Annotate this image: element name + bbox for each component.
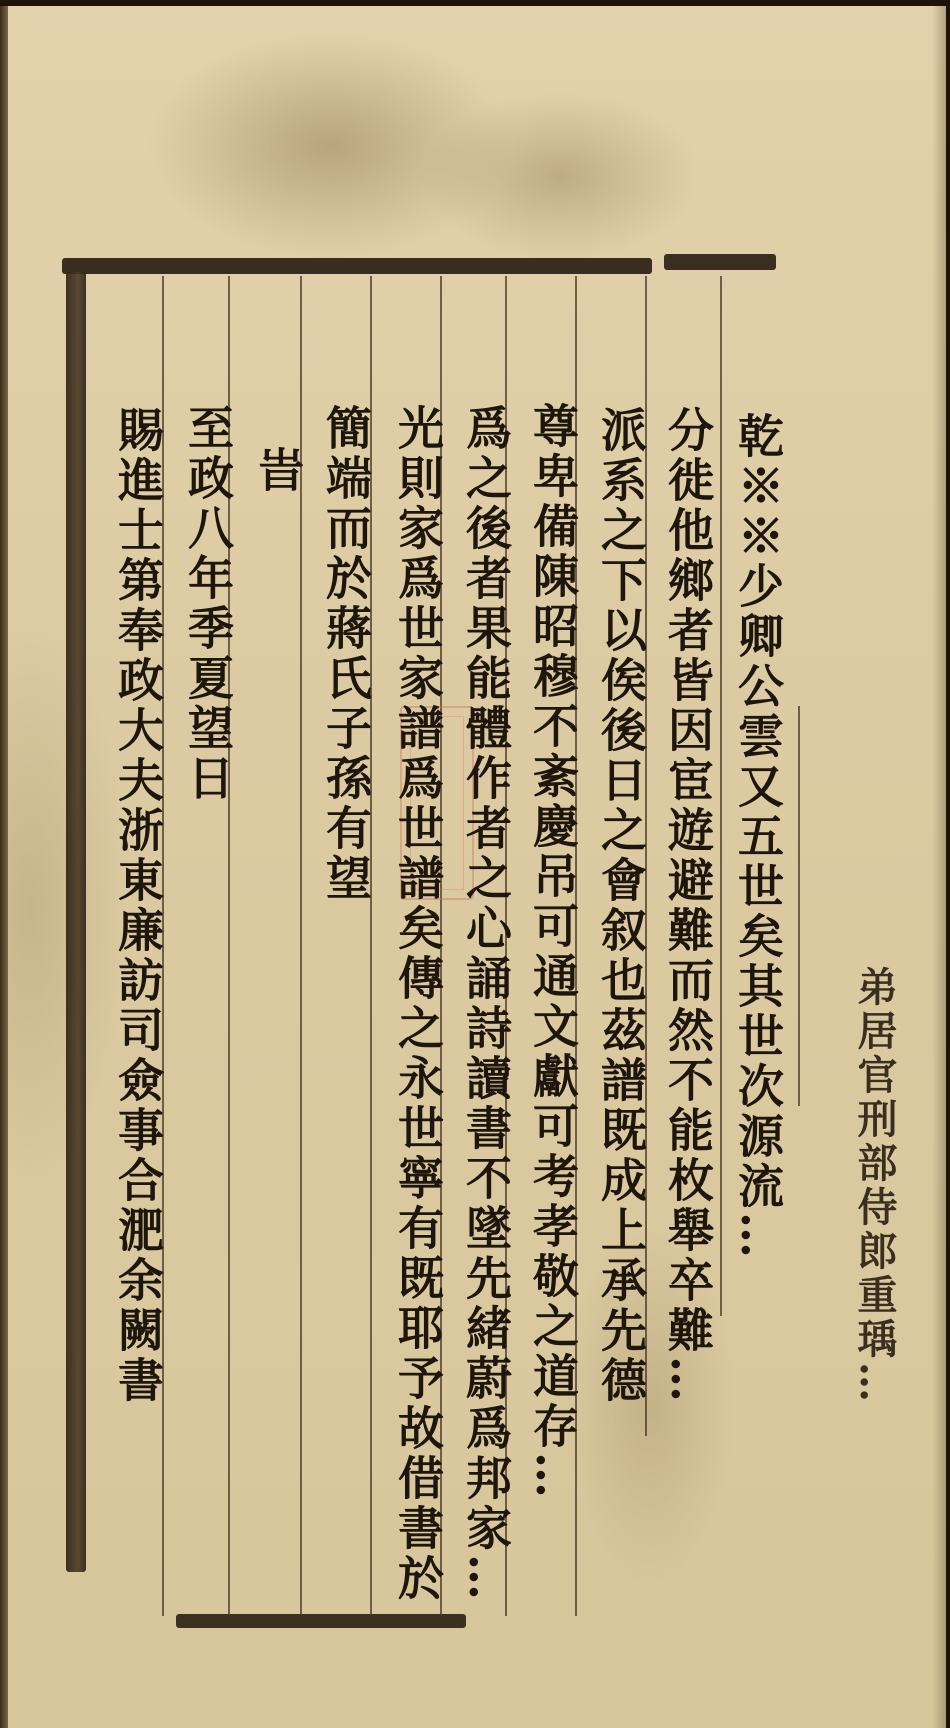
text-column-7: 簡端而於蔣氏子孫有望 [318, 404, 374, 904]
frame-top-border-fragment [664, 254, 776, 270]
text-column-3: 派系之下以俟後日之會叙也茲譜既成上承先德 [593, 406, 649, 1406]
text-column-10-signature: 賜進士第奉政大夫浙東廉訪司僉事合淝余闕書 [110, 406, 166, 1406]
text-column-2: 分徙他鄉者皆因宦遊避難而然不能枚舉卒難… [660, 406, 716, 1406]
frame-left-border [66, 272, 86, 1572]
text-column-1: 乾※※少卿公雲又五世矣其世次源流… [730, 412, 786, 1262]
binding-spine [0, 6, 8, 1728]
text-column-5: 爲之後者果能體作者之心誦詩讀書不墜先緒蔚爲邦家… [458, 404, 514, 1604]
text-column-9-date: 至政八年季夏望日 [180, 404, 236, 804]
text-column-8: 旹 [250, 446, 306, 496]
text-column-6: 光則家爲世家譜爲世譜矣傳之永世寧有既耶予故借書於 [390, 404, 446, 1604]
column-rule [720, 276, 722, 1316]
frame-top-border [62, 258, 652, 274]
text-column-4: 尊卑備陳昭穆不紊慶吊可通文獻可考孝敬之道存… [525, 402, 581, 1502]
page-edge-shadow [932, 6, 946, 1728]
marginal-note: 弟居官刑部侍郎重瑀… [850, 966, 898, 1406]
frame-bottom-border [176, 1614, 466, 1628]
column-rule [798, 706, 800, 1106]
scanned-page: 乾※※少卿公雲又五世矣其世次源流… 分徙他鄉者皆因宦遊避難而然不能枚舉卒難… 派… [0, 6, 946, 1728]
